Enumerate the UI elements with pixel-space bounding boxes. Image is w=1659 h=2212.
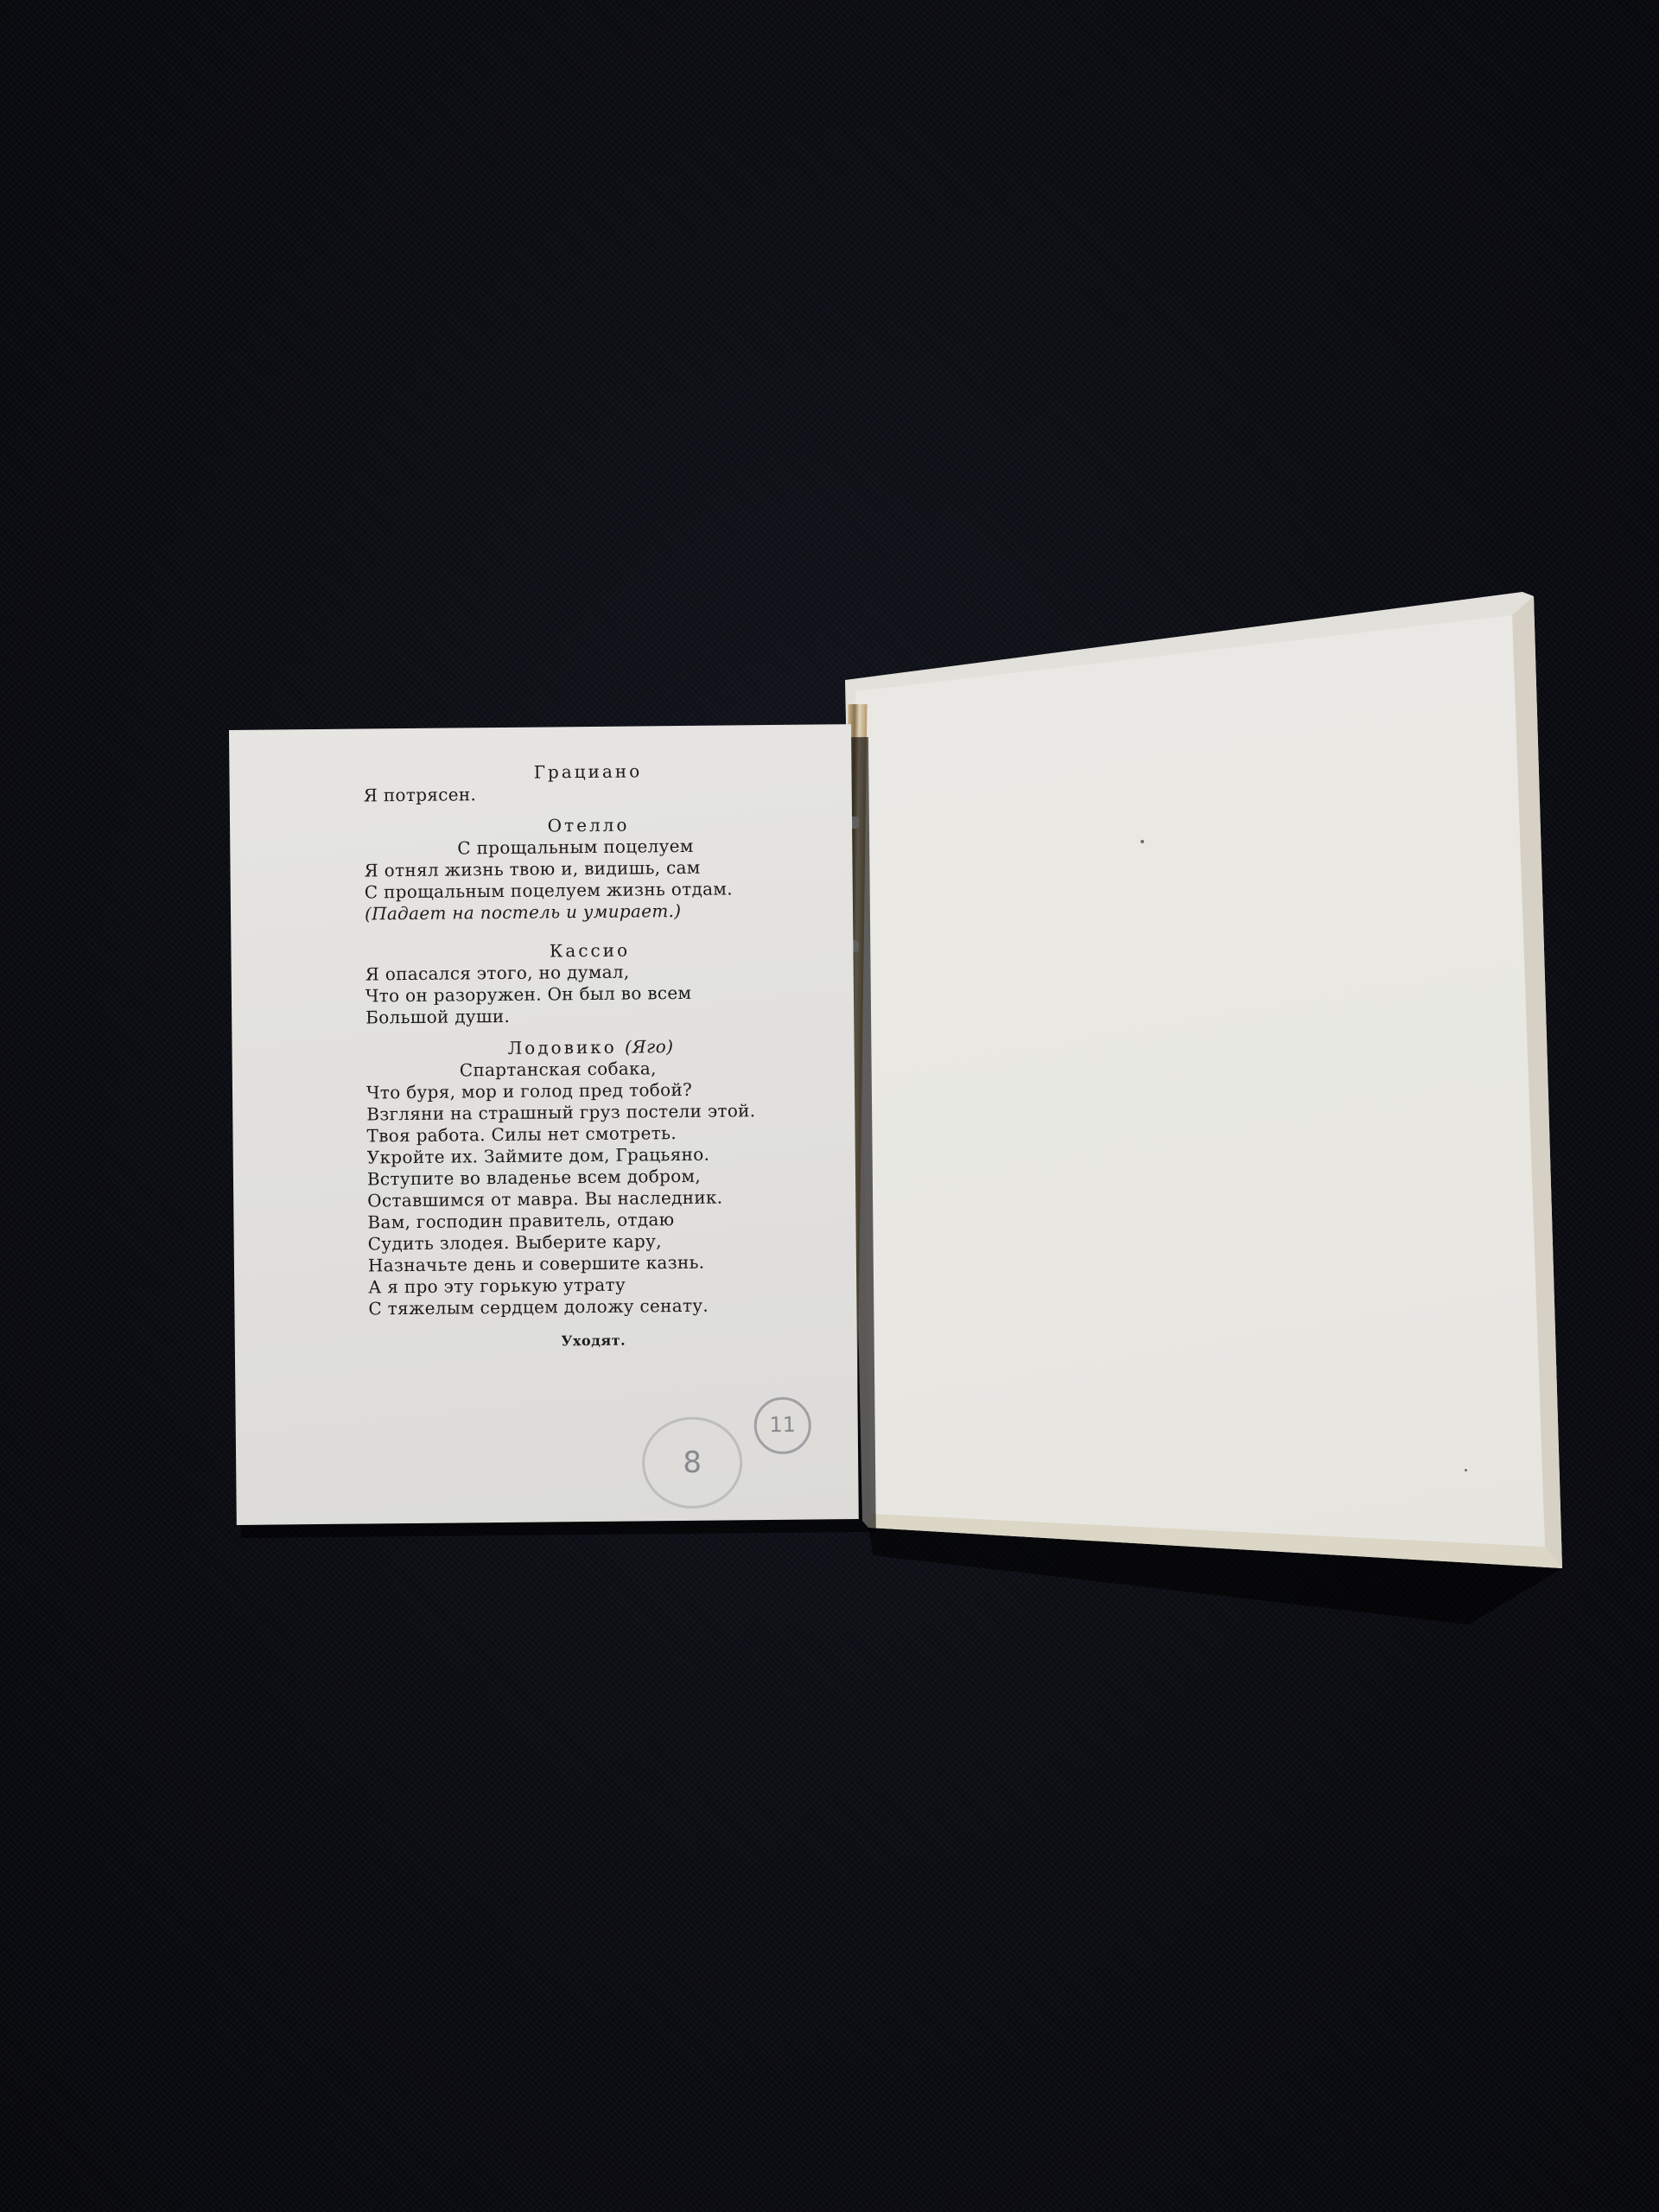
library-stamp-11: 11 xyxy=(753,1397,811,1455)
stage-direction: (Падает на постель и умирает.) xyxy=(365,899,814,925)
play-text: Грациано Я потрясен. Отелло С прощальным… xyxy=(363,760,818,1354)
speaker-name: Лодовико xyxy=(507,1037,616,1058)
open-book: Грациано Я потрясен. Отелло С прощальным… xyxy=(0,0,1659,2212)
paper-speck xyxy=(1465,1469,1467,1471)
verse-line: Я потрясен. xyxy=(364,781,813,807)
library-stamp-8: 8 xyxy=(642,1416,743,1509)
left-text-page: Грациано Я потрясен. Отелло С прощальным… xyxy=(229,724,859,1525)
paper-speck xyxy=(1141,840,1144,843)
stage-exit: Уходят. xyxy=(369,1327,818,1353)
verse-line: С тяжелым сердцем доложу сенату. xyxy=(368,1294,817,1319)
verse-line: Большой души. xyxy=(365,1003,815,1029)
speaker-aside: (Яго) xyxy=(625,1036,674,1058)
verse-line: Взгляни на страшный груз постели этой. xyxy=(366,1100,816,1126)
